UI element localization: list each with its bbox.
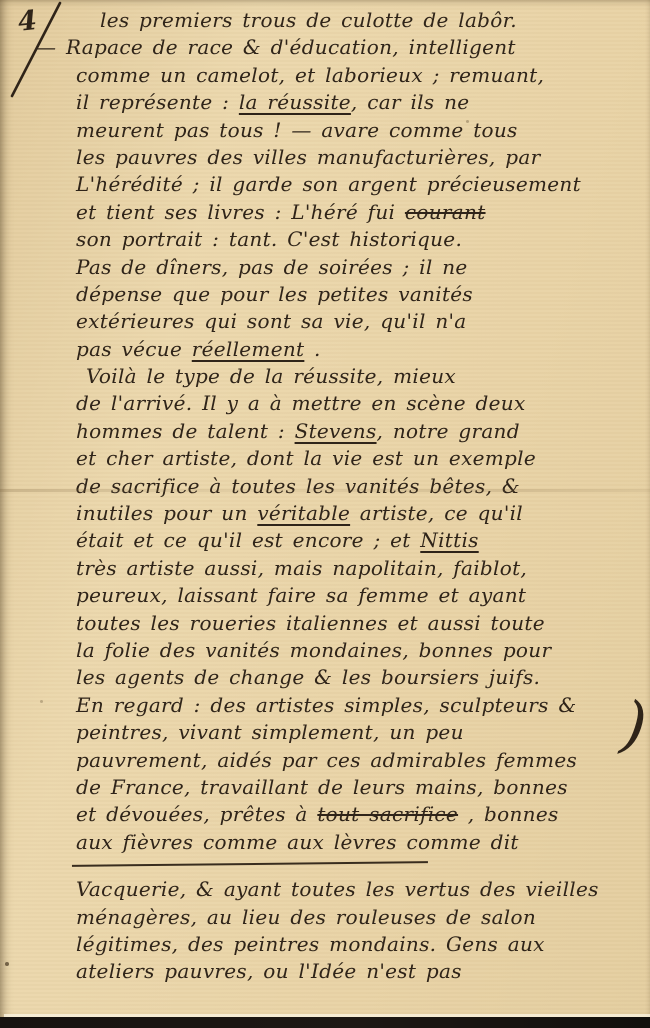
text-segment: et dévouées, prêtes à xyxy=(76,802,317,826)
manuscript-line: était et ce qu'il est encore ; et Nittis xyxy=(76,527,638,554)
text-segment: et tient ses livres : L'héré fui xyxy=(76,200,405,224)
struck-text: courant xyxy=(405,200,486,224)
manuscript-line: il représente : la réussite, car ils ne xyxy=(76,89,638,116)
manuscript-line: de l'arrivé. Il y a à mettre en scène de… xyxy=(76,390,638,417)
text-segment: peintres, vivant simplement, un peu xyxy=(76,720,464,744)
paper-speck xyxy=(5,962,9,966)
text-segment: — Rapace de race & d'éducation, intellig… xyxy=(36,35,516,59)
text-segment: En regard : des artistes simples, sculpt… xyxy=(76,693,576,717)
manuscript-line: pas vécue réellement . xyxy=(76,336,638,363)
underlined-text: la réussite xyxy=(239,90,351,114)
manuscript-line: L'hérédité ; il garde son argent précieu… xyxy=(76,171,638,198)
manuscript-line: ménagères, au lieu des rouleuses de salo… xyxy=(76,904,638,931)
text-segment: artiste, ce qu'il xyxy=(350,501,523,525)
struck-text: tout sacrifice xyxy=(317,802,458,826)
text-segment: il représente : xyxy=(76,90,239,114)
paper-speck xyxy=(466,120,469,123)
manuscript-line: dépense que pour les petites vanités xyxy=(76,281,638,308)
manuscript-line: ateliers pauvres, ou l'Idée n'est pas xyxy=(76,958,638,985)
manuscript-line: toutes les roueries italiennes et aussi … xyxy=(76,610,638,637)
text-segment: légitimes, des peintres mondains. Gens a… xyxy=(76,932,545,956)
manuscript-line: peureux, laissant faire sa femme et ayan… xyxy=(76,582,638,609)
underlined-text: véritable xyxy=(257,501,350,525)
text-segment: L'hérédité ; il garde son argent précieu… xyxy=(76,172,581,196)
text-segment: était et ce qu'il est encore ; et xyxy=(76,528,420,552)
text-segment: ménagères, au lieu des rouleuses de salo… xyxy=(76,905,536,929)
text-segment: inutiles pour un xyxy=(76,501,257,525)
scan-background-edge xyxy=(0,1017,650,1028)
text-segment: Pas de dîners, pas de soirées ; il ne xyxy=(76,255,468,279)
manuscript-line: les agents de change & les boursiers jui… xyxy=(76,664,638,691)
text-segment: Voilà le type de la réussite, mieux xyxy=(86,364,456,388)
manuscript-line: meurent pas tous ! — avare comme tous xyxy=(76,117,638,144)
text-segment: pas vécue xyxy=(76,337,192,361)
manuscript-line: les pauvres des villes manufacturières, … xyxy=(76,144,638,171)
text-segment: , bonnes xyxy=(458,802,558,826)
manuscript-line: — Rapace de race & d'éducation, intellig… xyxy=(36,34,638,61)
manuscript-line: et tient ses livres : L'héré fui courant xyxy=(76,199,638,226)
text-segment: les agents de change & les boursiers jui… xyxy=(76,665,540,689)
manuscript-line: En regard : des artistes simples, sculpt… xyxy=(76,692,638,719)
text-segment: , notre grand xyxy=(377,419,520,443)
page-number: 4 xyxy=(16,5,38,38)
text-segment: les premiers trous de culotte de labôr. xyxy=(100,8,517,32)
text-segment: ateliers pauvres, ou l'Idée n'est pas xyxy=(76,959,462,983)
manuscript-line: peintres, vivant simplement, un peu xyxy=(76,719,638,746)
underlined-text: Nittis xyxy=(420,528,478,552)
text-segment: meurent pas tous ! — avare comme tous xyxy=(76,118,518,142)
text-segment: toutes les roueries italiennes et aussi … xyxy=(76,611,545,635)
manuscript-line: Voilà le type de la réussite, mieux xyxy=(76,363,638,390)
text-segment: dépense que pour les petites vanités xyxy=(76,282,473,306)
manuscript-line: la folie des vanités mondaines, bonnes p… xyxy=(76,637,638,664)
manuscript-line: Vacquerie, & ayant toutes les vertus des… xyxy=(76,876,638,903)
manuscript-line: extérieures qui sont sa vie, qu'il n'a xyxy=(76,308,638,335)
text-segment: très artiste aussi, mais napolitain, fai… xyxy=(76,556,527,580)
text-segment: de sacrifice à toutes les vanités bêtes,… xyxy=(76,474,520,498)
text-segment: les pauvres des villes manufacturières, … xyxy=(76,145,540,169)
manuscript-line: comme un camelot, et laborieux ; remuant… xyxy=(76,62,638,89)
manuscript-page: 4 les premiers trous de culotte de labôr… xyxy=(0,0,650,1028)
manuscript-line: pauvrement, aidés par ces admirables fem… xyxy=(76,747,638,774)
text-segment: la folie des vanités mondaines, bonnes p… xyxy=(76,638,551,662)
text-segment: hommes de talent : xyxy=(76,419,295,443)
manuscript-line: très artiste aussi, mais napolitain, fai… xyxy=(76,555,638,582)
manuscript-line: et dévouées, prêtes à tout sacrifice , b… xyxy=(76,801,638,828)
text-segment: son portrait : tant. C'est historique. xyxy=(76,227,462,251)
manuscript-line: Pas de dîners, pas de soirées ; il ne xyxy=(76,254,638,281)
manuscript-line: inutiles pour un véritable artiste, ce q… xyxy=(76,500,638,527)
text-segment: de l'arrivé. Il y a à mettre en scène de… xyxy=(76,391,526,415)
underlined-text: Stevens xyxy=(295,419,377,443)
text-segment: Vacquerie, & ayant toutes les vertus des… xyxy=(76,877,599,901)
manuscript-line: les premiers trous de culotte de labôr. xyxy=(76,7,638,34)
manuscript-line: et cher artiste, dont la vie est un exem… xyxy=(76,445,638,472)
text-segment: de France, travaillant de leurs mains, b… xyxy=(76,775,568,799)
emphasis-rule xyxy=(72,861,428,875)
underlined-text: réellement xyxy=(192,337,305,361)
text-segment: , car ils ne xyxy=(351,90,470,114)
text-segment: comme un camelot, et laborieux ; remuant… xyxy=(76,63,544,87)
text-segment: peureux, laissant faire sa femme et ayan… xyxy=(76,583,526,607)
text-segment: aux fièvres comme aux lèvres comme dit xyxy=(76,830,519,854)
text-segment: et cher artiste, dont la vie est un exem… xyxy=(76,446,536,470)
paper-speck xyxy=(40,700,43,703)
manuscript-line: de sacrifice à toutes les vanités bêtes,… xyxy=(76,473,638,500)
text-segment: extérieures qui sont sa vie, qu'il n'a xyxy=(76,309,467,333)
manuscript-line: hommes de talent : Stevens, notre grand xyxy=(76,418,638,445)
manuscript-line: de France, travaillant de leurs mains, b… xyxy=(76,774,638,801)
manuscript-text: les premiers trous de culotte de labôr.—… xyxy=(76,7,638,986)
text-segment: pauvrement, aidés par ces admirables fem… xyxy=(76,748,577,772)
manuscript-line: son portrait : tant. C'est historique. xyxy=(76,226,638,253)
text-segment: . xyxy=(304,337,320,361)
fold-crease xyxy=(0,489,650,492)
manuscript-line: aux fièvres comme aux lèvres comme dit xyxy=(76,829,638,856)
manuscript-line: légitimes, des peintres mondains. Gens a… xyxy=(76,931,638,958)
